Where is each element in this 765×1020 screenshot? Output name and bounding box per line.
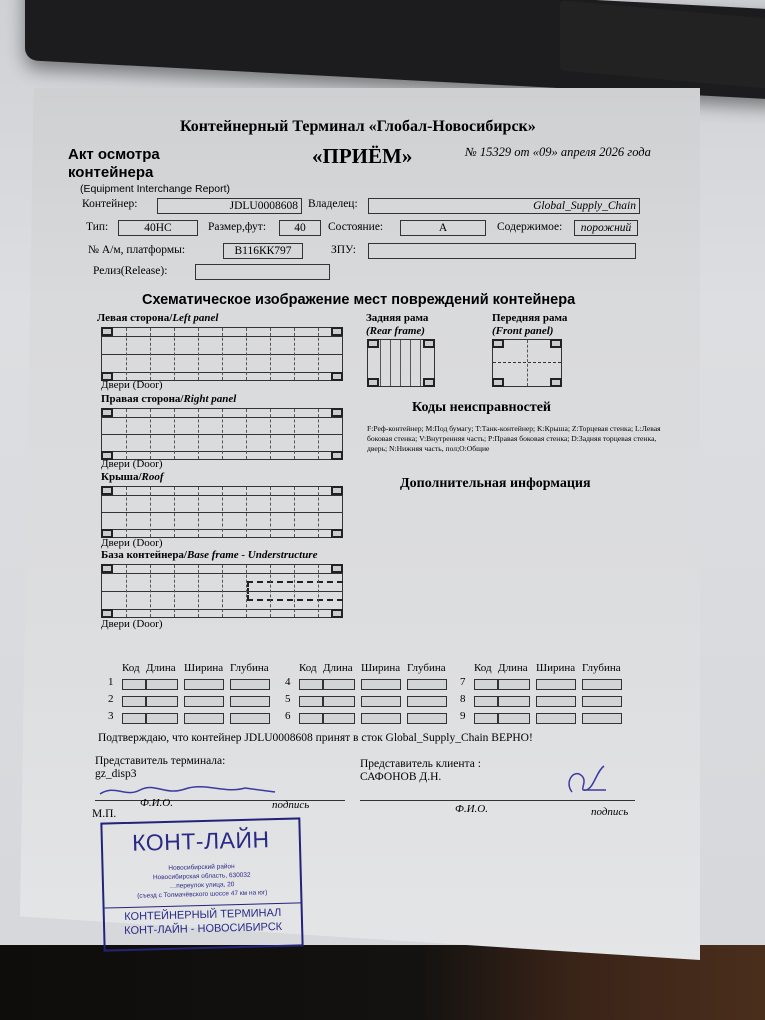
damage-header: Код (299, 662, 317, 674)
company-stamp: КОНТ-ЛАЙН Новосибирский район Новосибирс… (100, 817, 303, 951)
front-divider (527, 340, 528, 386)
left-panel-ru: Левая сторона/ (97, 312, 172, 324)
roof-en: Roof (142, 471, 164, 483)
seal-place-label: М.П. (92, 808, 116, 820)
container-label: Контейнер: (82, 198, 138, 210)
base-door-label: Двери (Door) (101, 618, 163, 630)
panel-divider (150, 565, 151, 617)
panel-divider (270, 565, 271, 617)
stamp-name: КОНТ-ЛАЙН (103, 825, 300, 857)
damage-header: Ширина (361, 662, 400, 674)
corner-fitting (331, 372, 343, 381)
damage-header: Глубина (407, 662, 446, 674)
doc-title: Акт осмотра контейнера (68, 146, 160, 182)
damage-code-field[interactable] (122, 696, 146, 707)
corner-fitting (492, 339, 504, 348)
damage-row-number: 6 (285, 710, 291, 722)
panel-divider (318, 487, 319, 537)
vehicle-field[interactable]: В116КК797 (223, 243, 303, 259)
panel-divider (198, 409, 199, 459)
corner-fitting (331, 451, 343, 460)
client-rep-value: САФОНОВ Д.Н. (360, 771, 441, 783)
type-label: Тип: (86, 221, 108, 233)
base-label: База контейнера/Base frame - Understruct… (101, 549, 317, 561)
damage-width-field[interactable] (361, 696, 401, 707)
corner-fitting (367, 378, 379, 387)
terminal-rep-label: Представитель терминала: (95, 755, 225, 767)
damage-row-number: 2 (108, 693, 114, 705)
panel-divider (294, 487, 295, 537)
damage-header: Глубина (582, 662, 621, 674)
damage-depth-field[interactable] (582, 696, 622, 707)
corner-fitting (367, 339, 379, 348)
owner-field[interactable]: Global_Supply_Chain (368, 198, 640, 214)
panel-divider (174, 487, 175, 537)
damage-code-field[interactable] (299, 679, 323, 690)
base-en: Base frame - Understructure (187, 549, 317, 561)
roof-diagram[interactable] (101, 486, 343, 538)
stamp-footer: КОНТЕЙНЕРНЫЙ ТЕРМИНАЛ КОНТ-ЛАЙН - НОВОСИ… (105, 902, 302, 938)
rear-bar (400, 340, 401, 386)
corner-fitting (331, 327, 343, 336)
damage-depth-field[interactable] (230, 679, 270, 690)
panel-divider (246, 487, 247, 537)
rear-bar (410, 340, 411, 386)
release-label: Релиз(Release): (93, 265, 167, 277)
roof-label: Крыша/Roof (101, 471, 164, 483)
panel-divider (126, 565, 127, 617)
damage-code-field[interactable] (474, 713, 498, 724)
panel-divider (222, 487, 223, 537)
corner-fitting (331, 609, 343, 618)
corner-fitting (331, 408, 343, 417)
panel-divider (294, 409, 295, 459)
damage-row-number: 8 (460, 693, 466, 705)
corner-fitting (331, 486, 343, 495)
damage-width-field[interactable] (184, 713, 224, 724)
client-signature (560, 762, 610, 802)
panel-divider (246, 328, 247, 380)
size-field[interactable]: 40 (279, 220, 321, 236)
damage-depth-field[interactable] (230, 713, 270, 724)
damage-row-number: 4 (285, 676, 291, 688)
corner-fitting (331, 529, 343, 538)
corner-fitting (550, 378, 562, 387)
corner-fitting (101, 564, 113, 573)
panel-divider (294, 328, 295, 380)
panel-divider (174, 565, 175, 617)
panel-divider (150, 409, 151, 459)
corner-fitting (101, 327, 113, 336)
damage-header: Код (474, 662, 492, 674)
damage-code-field[interactable] (299, 696, 323, 707)
roof-ru: Крыша/ (101, 471, 142, 483)
damage-code-field[interactable] (122, 679, 146, 690)
damage-depth-field[interactable] (407, 696, 447, 707)
corner-fitting (331, 564, 343, 573)
damage-depth-field[interactable] (582, 679, 622, 690)
stamp-address: Новосибирский район Новосибирская област… (103, 860, 300, 901)
damage-width-field[interactable] (536, 696, 576, 707)
contents-label: Содержимое: (497, 221, 562, 233)
damage-header: Ширина (536, 662, 575, 674)
extra-info-title: Дополнительная информация (400, 476, 591, 492)
damage-depth-field[interactable] (407, 713, 447, 724)
panel-divider (270, 409, 271, 459)
panel-divider (318, 565, 319, 617)
panel-divider (126, 487, 127, 537)
right-panel-door-label: Двери (Door) (101, 458, 163, 470)
damage-row-number: 7 (460, 676, 466, 688)
damage-row-number: 3 (108, 710, 114, 722)
damage-header: Код (122, 662, 140, 674)
right-panel-ru: Правая сторона/ (101, 393, 183, 405)
panel-divider (198, 487, 199, 537)
right-panel-label: Правая сторона/Right panel (101, 393, 236, 405)
client-rep-label: Представитель клиента : (360, 758, 481, 770)
operation-title: «ПРИЁМ» (312, 144, 412, 169)
panel-divider (318, 328, 319, 380)
damage-length-field[interactable] (146, 696, 178, 707)
damage-width-field[interactable] (536, 713, 576, 724)
rear-bar (390, 340, 391, 386)
container-field[interactable]: JDLU0008608 (157, 198, 302, 214)
damage-code-field[interactable] (474, 696, 498, 707)
client-sign-label: подпись (591, 806, 628, 818)
damage-header: Глубина (230, 662, 269, 674)
corner-fitting (101, 609, 113, 618)
corner-fitting (492, 378, 504, 387)
panel-divider (222, 565, 223, 617)
schematic-title: Схематическое изображение мест поврежден… (142, 292, 575, 308)
codes-title: Коды неисправностей (412, 400, 551, 416)
client-fio-label: Ф.И.О. (455, 803, 488, 815)
seal-field[interactable] (368, 243, 636, 259)
confirmation-text: Подтверждаю, что контейнер JDLU0008608 п… (98, 732, 533, 744)
terminal-rep-value: gz_disp3 (95, 768, 137, 780)
corner-fitting (423, 378, 435, 387)
right-panel-diagram[interactable] (101, 408, 343, 460)
damage-length-field[interactable] (498, 696, 530, 707)
doc-subtitle: (Equipment Interchange Report) (80, 183, 230, 195)
rear-bar (420, 340, 421, 386)
panel-divider (222, 409, 223, 459)
damage-row-number: 1 (108, 676, 114, 688)
panel-divider (270, 328, 271, 380)
corner-fitting (423, 339, 435, 348)
size-label: Размер,фут: (208, 221, 266, 233)
roof-door-label: Двери (Door) (101, 537, 163, 549)
corner-fitting (550, 339, 562, 348)
damage-length-field[interactable] (323, 679, 355, 690)
codes-text: F:Реф-контейнер; M:Под бумагу; T:Танк-ко… (367, 424, 667, 454)
doc-number: № 15329 от «09» апреля 2026 года (465, 145, 651, 160)
panel-divider (150, 487, 151, 537)
left-panel-door-label: Двери (Door) (101, 379, 163, 391)
panel-divider (126, 409, 127, 459)
damage-header: Ширина (184, 662, 223, 674)
terminal-fio-label: Ф.И.О. (140, 797, 173, 809)
left-panel-en: Left panel (172, 312, 218, 324)
damage-header: Длина (323, 662, 353, 674)
base-ru: База контейнера/ (101, 549, 187, 561)
damage-width-field[interactable] (536, 679, 576, 690)
damage-length-field[interactable] (498, 713, 530, 724)
front-divider (493, 362, 561, 363)
doc-title-line2: контейнера (68, 164, 160, 182)
panel-divider (174, 328, 175, 380)
corner-fitting (101, 408, 113, 417)
condition-field[interactable]: A (400, 220, 486, 236)
panel-divider (126, 328, 127, 380)
condition-label: Состояние: (328, 221, 383, 233)
owner-label: Владелец: (308, 198, 358, 210)
panel-divider (246, 409, 247, 459)
panel-divider (246, 565, 247, 617)
panel-divider (198, 565, 199, 617)
front-frame-diagram[interactable] (492, 339, 562, 387)
release-field[interactable] (195, 264, 330, 280)
damage-length-field[interactable] (146, 713, 178, 724)
right-panel-en: Right panel (183, 393, 236, 405)
damage-width-field[interactable] (361, 679, 401, 690)
damage-depth-field[interactable] (230, 696, 270, 707)
vehicle-label: № А/м, платформы: (88, 244, 185, 256)
panel-divider (294, 565, 295, 617)
front-frame-label-en: (Front panel) (492, 325, 553, 337)
damage-header: Длина (498, 662, 528, 674)
damage-row-number: 9 (460, 710, 466, 722)
damage-width-field[interactable] (361, 713, 401, 724)
terminal-signature (95, 780, 285, 802)
damage-length-field[interactable] (146, 679, 178, 690)
terminal-sign-label: подпись (272, 799, 309, 811)
panel-divider (174, 409, 175, 459)
front-frame-label: Передняя рама (492, 312, 567, 324)
panel-divider (150, 328, 151, 380)
damage-length-field[interactable] (323, 696, 355, 707)
seal-label: ЗПУ: (331, 244, 356, 256)
rear-frame-label: Задняя рама (366, 312, 428, 324)
corner-fitting (101, 486, 113, 495)
damage-code-field[interactable] (474, 679, 498, 690)
rear-frame-diagram[interactable] (367, 339, 435, 387)
damage-width-field[interactable] (184, 679, 224, 690)
panel-divider (198, 328, 199, 380)
left-panel-label: Левая сторона/Left panel (97, 312, 218, 324)
base-diagram[interactable] (101, 564, 343, 618)
panel-divider (270, 487, 271, 537)
type-field[interactable]: 40HC (118, 220, 198, 236)
doc-title-line1: Акт осмотра (68, 146, 160, 164)
damage-header: Длина (146, 662, 176, 674)
rear-frame-label-en: (Rear frame) (366, 325, 425, 337)
terminal-title: Контейнерный Терминал «Глобал-Новосибирс… (180, 118, 536, 136)
panel-divider (318, 409, 319, 459)
damage-depth-field[interactable] (582, 713, 622, 724)
damage-code-field[interactable] (299, 713, 323, 724)
contents-field[interactable]: порожний (574, 220, 638, 236)
damage-length-field[interactable] (323, 713, 355, 724)
damage-width-field[interactable] (184, 696, 224, 707)
damage-depth-field[interactable] (407, 679, 447, 690)
damage-code-field[interactable] (122, 713, 146, 724)
rear-bar (380, 340, 381, 386)
client-signature-line (360, 800, 635, 801)
left-panel-diagram[interactable] (101, 327, 343, 381)
panel-divider (222, 328, 223, 380)
damage-length-field[interactable] (498, 679, 530, 690)
damage-row-number: 5 (285, 693, 291, 705)
